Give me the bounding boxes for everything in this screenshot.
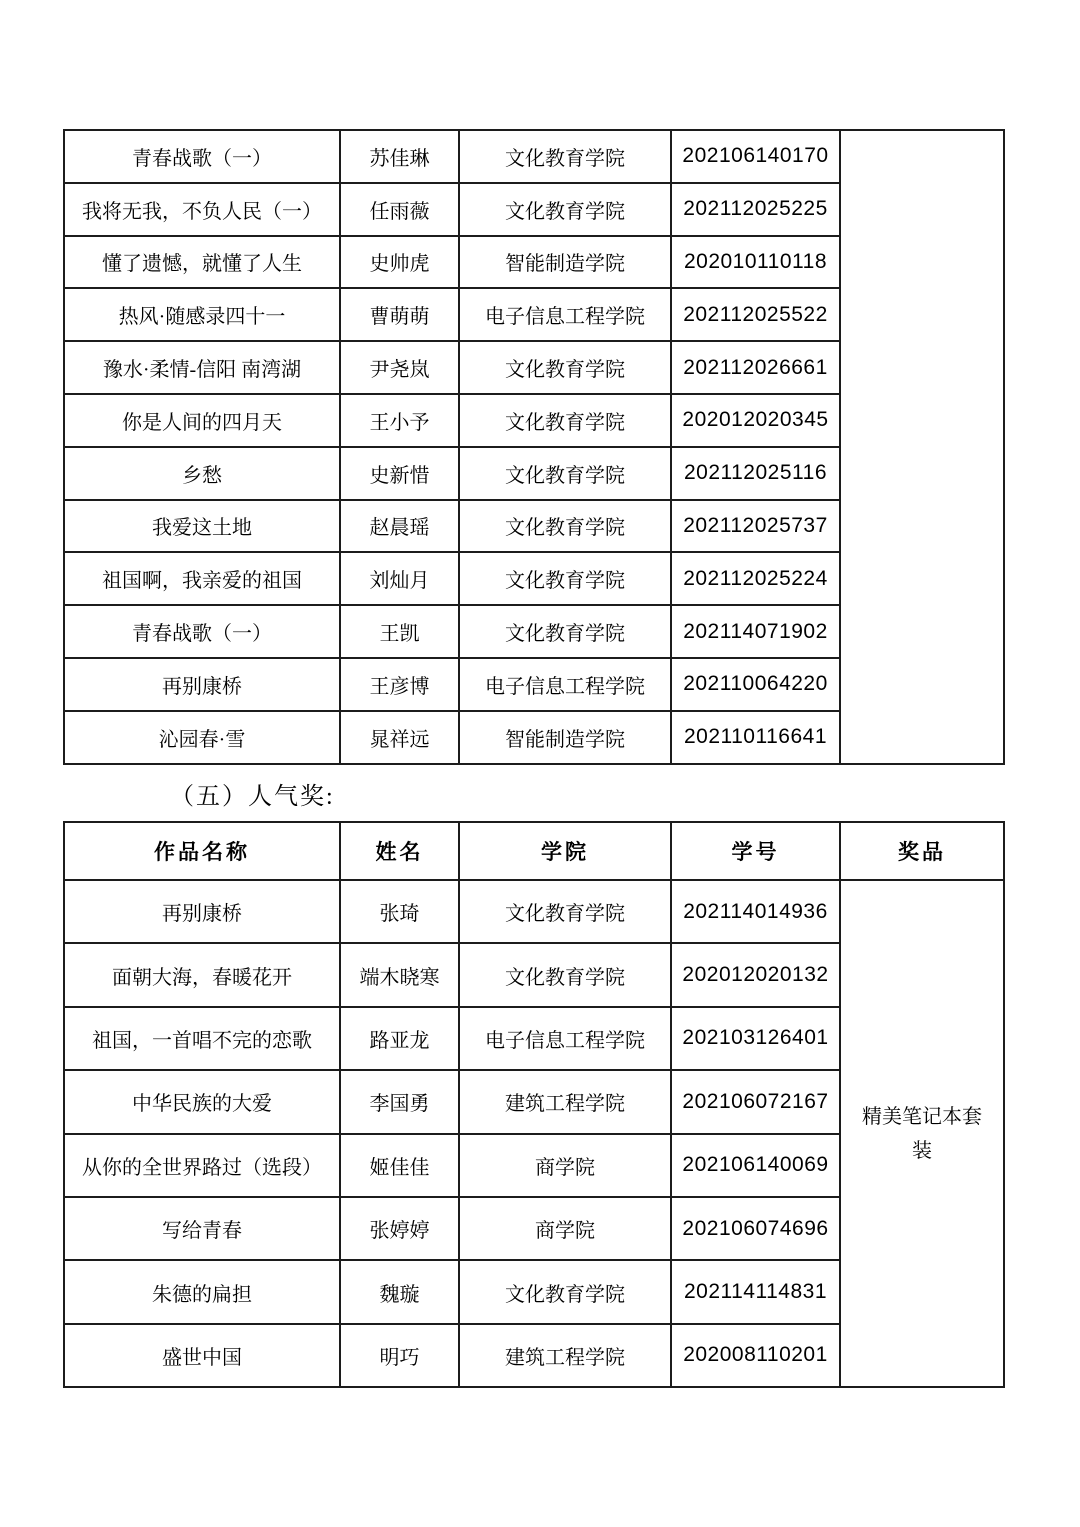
cell-student-id: 202112025224 [671,552,840,605]
cell-student-id: 202114071902 [671,605,840,658]
cell-name: 魏璇 [340,1260,459,1323]
cell-student-id: 202112025225 [671,183,840,236]
cell-title: 青春战歌（一） [64,605,340,658]
cell-student-id: 202112026661 [671,341,840,394]
cell-college: 文化教育学院 [459,183,671,236]
popularity-table-body: 再别康桥张琦文化教育学院202114014936精美笔记本套装面朝大海，春暖花开… [64,880,1004,1387]
cell-name: 任雨薇 [340,183,459,236]
section-heading: （五）人气奖: [170,776,335,811]
col-header-name: 姓名 [340,822,459,880]
cell-name: 刘灿月 [340,552,459,605]
cell-title: 青春战歌（一） [64,130,340,183]
document-page: 青春战歌（一）苏佳琳文化教育学院202106140170我将无我，不负人民（一）… [0,0,1080,1527]
cell-name: 赵晨瑶 [340,500,459,553]
cell-student-id: 202112025737 [671,500,840,553]
cell-name: 明巧 [340,1324,459,1387]
cell-student-id: 202012020345 [671,394,840,447]
cell-college: 电子信息工程学院 [459,658,671,711]
cell-student-id: 202112025116 [671,447,840,500]
award-table-body: 青春战歌（一）苏佳琳文化教育学院202106140170我将无我，不负人民（一）… [64,130,1004,764]
cell-college: 文化教育学院 [459,500,671,553]
cell-name: 端木晓寒 [340,943,459,1006]
table-row: 再别康桥张琦文化教育学院202114014936精美笔记本套装 [64,880,1004,943]
cell-name: 曹萌萌 [340,288,459,341]
cell-name: 王彦博 [340,658,459,711]
popularity-table: 作品名称 姓名 学院 学号 奖品 再别康桥张琦文化教育学院20211401493… [63,821,1005,1388]
col-header-title: 作品名称 [64,822,340,880]
cell-college: 文化教育学院 [459,341,671,394]
cell-title: 沁园春·雪 [64,711,340,764]
cell-name: 王凯 [340,605,459,658]
cell-name: 史新惜 [340,447,459,500]
cell-title: 祖国啊，我亲爱的祖国 [64,552,340,605]
cell-name: 王小予 [340,394,459,447]
cell-student-id: 202106074696 [671,1197,840,1260]
cell-college: 电子信息工程学院 [459,1007,671,1070]
cell-college: 建筑工程学院 [459,1324,671,1387]
cell-name: 张婷婷 [340,1197,459,1260]
cell-name: 张琦 [340,880,459,943]
cell-title: 乡愁 [64,447,340,500]
cell-name: 晁祥远 [340,711,459,764]
cell-college: 电子信息工程学院 [459,288,671,341]
cell-student-id: 202114114831 [671,1260,840,1323]
col-header-student-id: 学号 [671,822,840,880]
cell-title: 懂了遗憾，就懂了人生 [64,236,340,289]
cell-student-id: 202012020132 [671,943,840,1006]
cell-name: 姬佳佳 [340,1134,459,1197]
cell-name: 苏佳琳 [340,130,459,183]
col-header-college: 学院 [459,822,671,880]
cell-title: 你是人间的四月天 [64,394,340,447]
cell-title: 从你的全世界路过（选段） [64,1134,340,1197]
cell-title: 豫水·柔情-信阳 南湾湖 [64,341,340,394]
cell-college: 文化教育学院 [459,880,671,943]
cell-title: 再别康桥 [64,658,340,711]
cell-college: 智能制造学院 [459,711,671,764]
cell-title: 写给青春 [64,1197,340,1260]
cell-student-id: 202106140170 [671,130,840,183]
cell-student-id: 202106140069 [671,1134,840,1197]
cell-college: 文化教育学院 [459,1260,671,1323]
cell-title: 朱德的扁担 [64,1260,340,1323]
cell-student-id: 202110116641 [671,711,840,764]
popularity-table-header: 作品名称 姓名 学院 学号 奖品 [64,822,1004,880]
cell-college: 商学院 [459,1134,671,1197]
cell-college: 文化教育学院 [459,943,671,1006]
award-table-continued: 青春战歌（一）苏佳琳文化教育学院202106140170我将无我，不负人民（一）… [63,129,1005,765]
cell-name: 李国勇 [340,1070,459,1133]
cell-college: 文化教育学院 [459,552,671,605]
cell-student-id: 202112025522 [671,288,840,341]
header-row: 作品名称 姓名 学院 学号 奖品 [64,822,1004,880]
cell-college: 文化教育学院 [459,447,671,500]
cell-title: 祖国，一首唱不完的恋歌 [64,1007,340,1070]
cell-title: 面朝大海，春暖花开 [64,943,340,1006]
cell-title: 再别康桥 [64,880,340,943]
cell-college: 文化教育学院 [459,130,671,183]
table-row: 青春战歌（一）苏佳琳文化教育学院202106140170 [64,130,1004,183]
prize-cell: 精美笔记本套装 [840,880,1004,1387]
cell-title: 中华民族的大爱 [64,1070,340,1133]
cell-college: 建筑工程学院 [459,1070,671,1133]
cell-name: 尹尧岚 [340,341,459,394]
col-header-prize: 奖品 [840,822,1004,880]
cell-title: 盛世中国 [64,1324,340,1387]
cell-student-id: 202110064220 [671,658,840,711]
cell-title: 热风·随感录四十一 [64,288,340,341]
cell-student-id: 202008110201 [671,1324,840,1387]
cell-student-id: 202010110118 [671,236,840,289]
cell-title: 我爱这土地 [64,500,340,553]
cell-student-id: 202114014936 [671,880,840,943]
cell-college: 文化教育学院 [459,394,671,447]
cell-name: 路亚龙 [340,1007,459,1070]
cell-name: 史帅虎 [340,236,459,289]
prize-cell [840,130,1004,764]
cell-student-id: 202103126401 [671,1007,840,1070]
cell-student-id: 202106072167 [671,1070,840,1133]
cell-college: 商学院 [459,1197,671,1260]
cell-college: 文化教育学院 [459,605,671,658]
cell-college: 智能制造学院 [459,236,671,289]
cell-title: 我将无我，不负人民（一） [64,183,340,236]
